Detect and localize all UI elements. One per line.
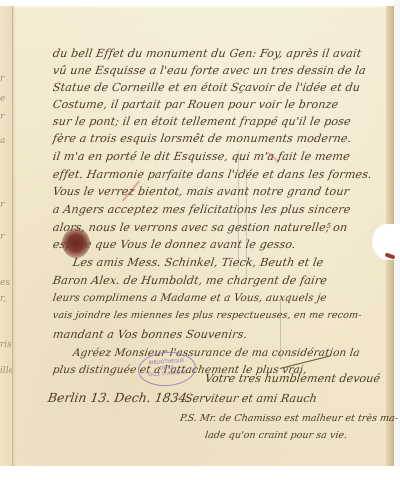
body-line: Statue de Corneille et en étoit Sçavoir … xyxy=(52,81,361,94)
margin-show-through: es xyxy=(0,278,12,288)
dateline: Berlin 13. Dech. 1834. xyxy=(47,390,192,405)
margin-show-through: ille xyxy=(0,366,12,376)
body-line: Costume, il partait par Rouen pour voir … xyxy=(52,98,339,111)
body-line: leurs complimens a Madame et a Vous, aux… xyxy=(52,292,327,304)
margin-show-through: a xyxy=(0,136,12,146)
body-line: effet. Harmonie parfaite dans l'idée et … xyxy=(52,168,373,181)
body-line: mandant a Vos bonnes Souvenirs. xyxy=(52,328,248,341)
closing-line: Votre tres humblement devoué xyxy=(204,372,381,385)
scan-bottom-margin xyxy=(0,466,400,480)
postscript-line: lade qu'on craint pour sa vie. xyxy=(204,430,348,441)
body-line: Baron Alex. de Humboldt, me chargent de … xyxy=(52,274,328,287)
margin-show-through: r xyxy=(0,112,12,122)
margin-show-through: e xyxy=(0,94,12,104)
margin-show-through: r xyxy=(0,200,12,210)
body-line: du bell Effet du monument du Gen: Foy, a… xyxy=(52,47,362,60)
body-line: sur le pont; il en étoit tellement frapp… xyxy=(52,115,352,128)
superscript-note: 5 xyxy=(326,222,332,230)
body-line: il m'a en porté le dit Esquisse, qui m'a… xyxy=(52,150,351,163)
body-line: a Angers acceptez mes felicitations les … xyxy=(52,203,351,216)
signature-line: Serviteur et ami Rauch xyxy=(184,392,318,405)
postscript-line: P.S. Mr. de Chamisso est malheur et très… xyxy=(179,413,399,424)
body-line: vais joindre les miennes les plus respec… xyxy=(52,310,362,321)
fold-crease xyxy=(12,6,16,466)
body-line: Agréez Monsieur l'assurance de ma consid… xyxy=(72,347,361,359)
margin-show-through: r, xyxy=(0,294,12,304)
wax-seal-stain xyxy=(62,228,90,258)
margin-show-through: ris xyxy=(0,340,12,350)
margin-show-through: r xyxy=(0,74,12,84)
scan-top-edge xyxy=(0,0,400,9)
body-line: fère a trois esquis lorsmêt de monuments… xyxy=(52,132,352,145)
body-line: Les amis Mess. Schinkel, Tieck, Beuth et… xyxy=(72,256,324,269)
body-line: alors, nous le verrons avec sa gestion n… xyxy=(52,221,348,234)
margin-show-through: r xyxy=(0,232,12,242)
body-line: Vous le verrez bientot, mais avant notre… xyxy=(52,185,350,198)
body-line: vû une Esquisse a l'eau forte avec un tr… xyxy=(52,64,367,77)
